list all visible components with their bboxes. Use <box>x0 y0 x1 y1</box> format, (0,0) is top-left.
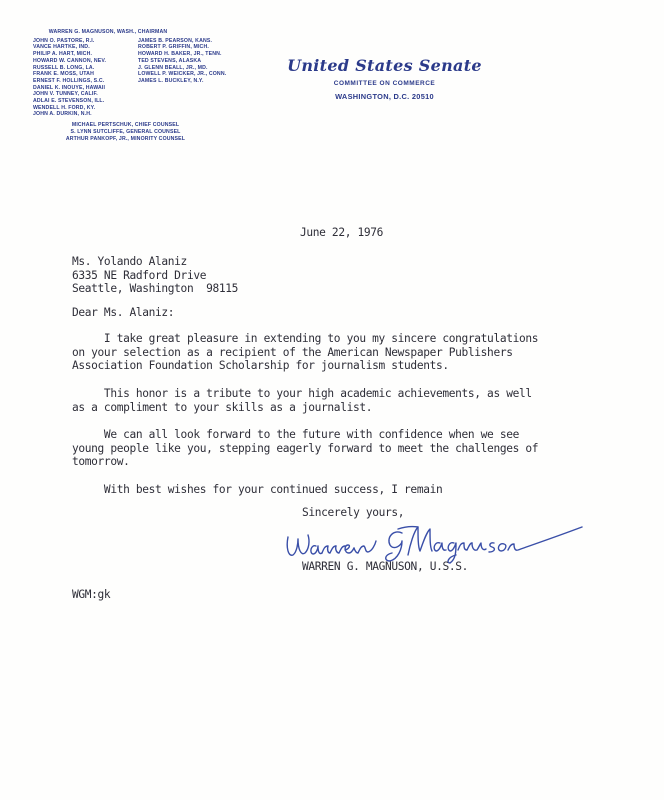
paragraph: We can all look forward to the future wi… <box>72 428 538 469</box>
committee-roster: WARREN G. MAGNUSON, WASH., CHAIRMAN JOHN… <box>33 29 248 142</box>
member-name: LOWELL P. WEICKER, JR., CONN. <box>138 71 248 78</box>
member-name: HOWARD H. BAKER, JR., TENN. <box>138 51 248 58</box>
counsel-list: MICHAEL PERTSCHUK, CHIEF COUNSEL S. LYNN… <box>38 122 213 142</box>
member-name: RUSSELL B. LONG, LA. <box>33 65 138 72</box>
member-name: JOHN A. DURKIN, N.H. <box>33 111 138 118</box>
paragraph-line: We can all look forward to the future wi… <box>72 428 538 442</box>
member-name: ERNEST F. HOLLINGS, S.C. <box>33 78 138 85</box>
recipient-street: 6335 NE Radford Drive <box>72 269 238 283</box>
handwritten-signature <box>280 515 600 565</box>
paragraph: I take great pleasure in extending to yo… <box>72 332 538 373</box>
member-name: FRANK E. MOSS, UTAH <box>33 71 138 78</box>
member-name: ADLAI E. STEVENSON, ILL. <box>33 98 138 105</box>
letterhead-title: United States Senate <box>272 56 497 76</box>
paragraph-line: on your selection as a recipient of the … <box>72 346 538 360</box>
letter-page: WARREN G. MAGNUSON, WASH., CHAIRMAN JOHN… <box>0 0 664 800</box>
counsel-name: S. LYNN SUTCLIFFE, GENERAL COUNSEL <box>38 129 213 136</box>
member-name: JAMES B. PEARSON, KANS. <box>138 38 248 45</box>
salutation: Dear Ms. Alaniz: <box>72 306 174 320</box>
paragraph-line: tomorrow. <box>72 455 538 469</box>
paragraph-line: This honor is a tribute to your high aca… <box>72 387 532 401</box>
paragraph: This honor is a tribute to your high aca… <box>72 387 532 414</box>
paragraph-line: young people like you, stepping eagerly … <box>72 442 538 456</box>
member-name: HOWARD W. CANNON, NEV. <box>33 58 138 65</box>
paragraph-line: as a compliment to your skills as a jour… <box>72 401 532 415</box>
counsel-name: ARTHUR PANKOPF, JR., MINORITY COUNSEL <box>38 136 213 143</box>
chairman-line: WARREN G. MAGNUSON, WASH., CHAIRMAN <box>33 29 183 36</box>
member-name: WENDELL H. FORD, KY. <box>33 105 138 112</box>
signer-name: WARREN G. MAGNUSON, U.S.S. <box>302 560 468 574</box>
member-name: J. GLENN BEALL, JR., MD. <box>138 65 248 72</box>
members-left-column: JOHN O. PASTORE, R.I. VANCE HARTKE, IND.… <box>33 38 138 118</box>
letterhead-address: WASHINGTON, D.C. 20510 <box>272 92 497 101</box>
committee-name: COMMITTEE ON COMMERCE <box>272 80 497 87</box>
paragraph-line: With best wishes for your continued succ… <box>72 483 442 497</box>
member-name: JAMES L. BUCKLEY, N.Y. <box>138 78 248 85</box>
paragraph: With best wishes for your continued succ… <box>72 483 442 497</box>
senate-letterhead: United States Senate COMMITTEE ON COMMER… <box>272 56 497 101</box>
reference-initials: WGM:gk <box>72 588 110 602</box>
member-name: TED STEVENS, ALASKA <box>138 58 248 65</box>
member-name: JOHN V. TUNNEY, CALIF. <box>33 91 138 98</box>
counsel-name: MICHAEL PERTSCHUK, CHIEF COUNSEL <box>38 122 213 129</box>
member-name: PHILIP A. HART, MICH. <box>33 51 138 58</box>
member-name: DANIEL K. INOUYE, HAWAII <box>33 85 138 92</box>
paragraph-line: Association Foundation Scholarship for j… <box>72 359 538 373</box>
recipient-address: Ms. Yolando Alaniz6335 NE Radford DriveS… <box>72 255 238 296</box>
paragraph-line: I take great pleasure in extending to yo… <box>72 332 538 346</box>
member-name: JOHN O. PASTORE, R.I. <box>33 38 138 45</box>
member-name: ROBERT P. GRIFFIN, MICH. <box>138 44 248 51</box>
recipient-name: Ms. Yolando Alaniz <box>72 255 238 269</box>
member-name: VANCE HARTKE, IND. <box>33 44 138 51</box>
recipient-city: Seattle, Washington 98115 <box>72 282 238 296</box>
letter-date: June 22, 1976 <box>300 226 383 240</box>
members-right-column: JAMES B. PEARSON, KANS. ROBERT P. GRIFFI… <box>138 38 248 118</box>
